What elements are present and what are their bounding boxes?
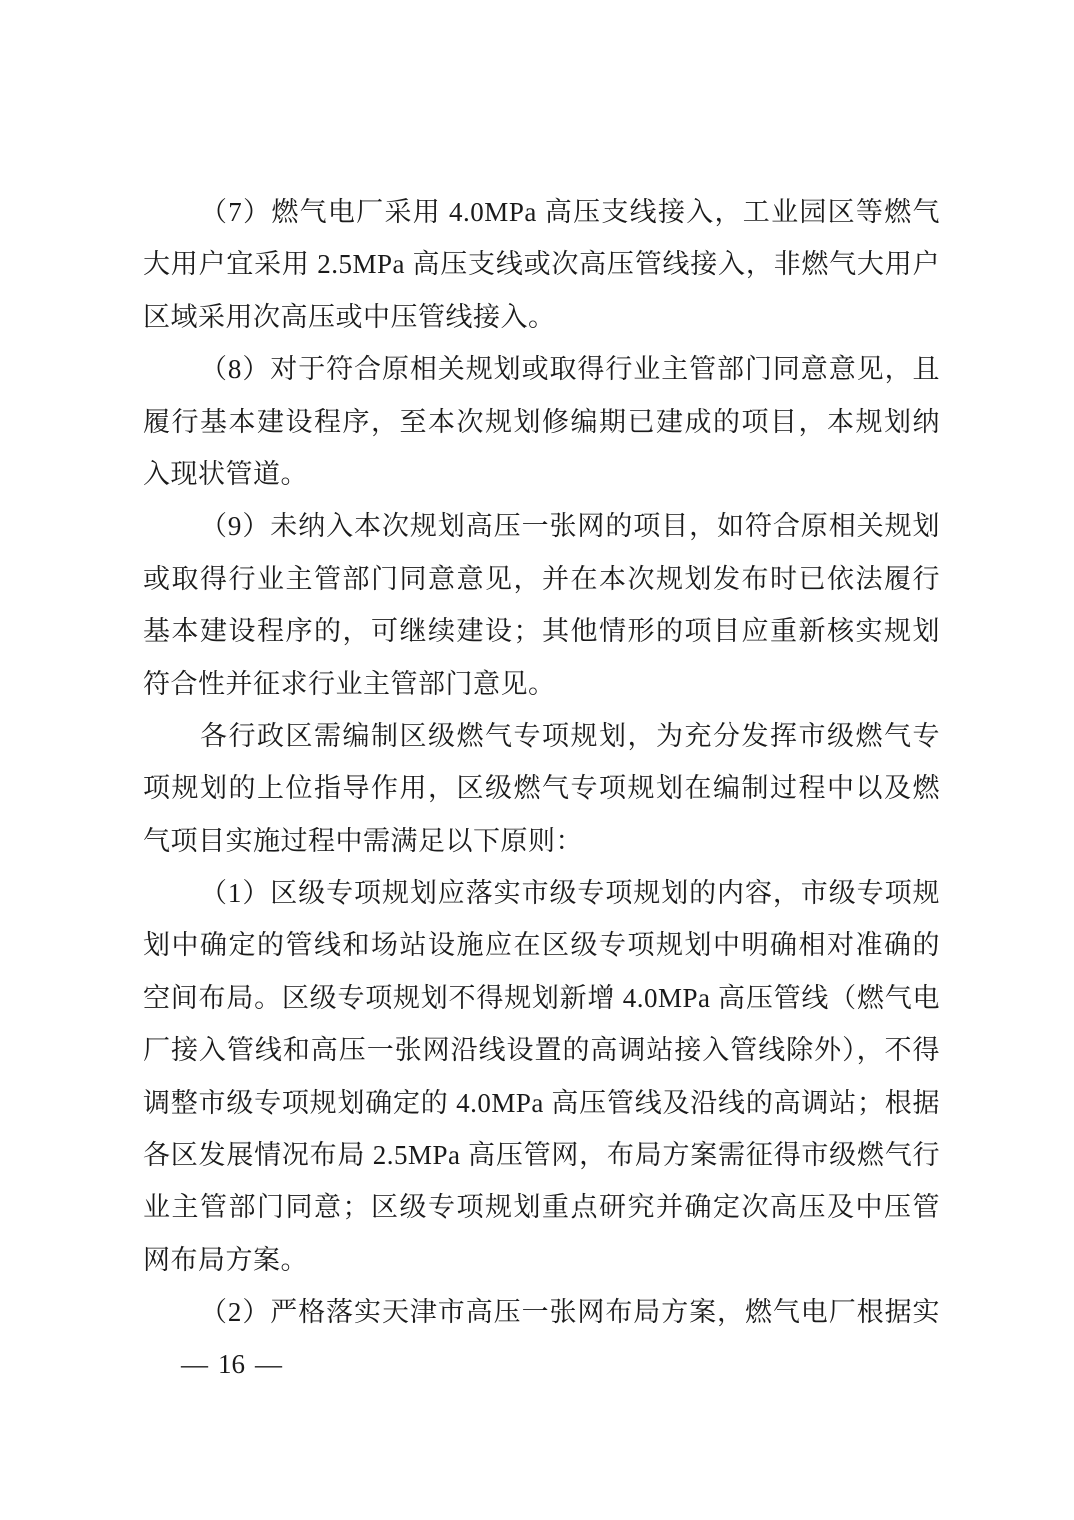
text-line: 网布局方案。 — [143, 1234, 940, 1286]
document-page: （7）燃气电厂采用 4.0MPa 高压支线接入，工业园区等燃气大用户宜采用 2.… — [0, 0, 1074, 1520]
footer-dash-left: — — [181, 1349, 208, 1380]
text-line: 划中确定的管线和场站设施应在区级专项规划中明确相对准确的 — [143, 919, 940, 971]
text-line: 业主管部门同意；区级专项规划重点研究并确定次高压及中压管 — [143, 1181, 940, 1233]
paragraph-principle-2: （2）严格落实天津市高压一张网布局方案，燃气电厂根据实 — [143, 1286, 940, 1338]
page-footer: — 16 — — [181, 1341, 282, 1387]
text-line: （1）区级专项规划应落实市级专项规划的内容，市级专项规 — [143, 867, 940, 919]
text-line: 项规划的上位指导作用，区级燃气专项规划在编制过程中以及燃 — [143, 762, 940, 814]
text-line: 各区发展情况布局 2.5MPa 高压管网，布局方案需征得市级燃气行 — [143, 1129, 940, 1181]
text-line: 入现状管道。 — [143, 448, 940, 500]
text-line: 空间布局。区级专项规划不得规划新增 4.0MPa 高压管线（燃气电 — [143, 972, 940, 1024]
document-body: （7）燃气电厂采用 4.0MPa 高压支线接入，工业园区等燃气大用户宜采用 2.… — [143, 186, 940, 1339]
text-line: （7）燃气电厂采用 4.0MPa 高压支线接入，工业园区等燃气 — [143, 186, 940, 238]
text-line: 履行基本建设程序，至本次规划修编期已建成的项目，本规划纳 — [143, 396, 940, 448]
paragraph-item-8: （8）对于符合原相关规划或取得行业主管部门同意意见，且履行基本建设程序，至本次规… — [143, 343, 940, 500]
paragraph-item-7: （7）燃气电厂采用 4.0MPa 高压支线接入，工业园区等燃气大用户宜采用 2.… — [143, 186, 940, 343]
text-line: 气项目实施过程中需满足以下原则： — [143, 815, 940, 867]
text-line: 或取得行业主管部门同意意见，并在本次规划发布时已依法履行 — [143, 553, 940, 605]
text-line: （9）未纳入本次规划高压一张网的项目，如符合原相关规划 — [143, 500, 940, 552]
text-line: 基本建设程序的，可继续建设；其他情形的项目应重新核实规划 — [143, 605, 940, 657]
paragraph-district-planning-intro: 各行政区需编制区级燃气专项规划，为充分发挥市级燃气专项规划的上位指导作用，区级燃… — [143, 710, 940, 867]
page-number: 16 — [218, 1349, 245, 1380]
text-line: 大用户宜采用 2.5MPa 高压支线或次高压管线接入，非燃气大用户 — [143, 238, 940, 290]
footer-dash-right: — — [255, 1349, 282, 1380]
paragraph-item-9: （9）未纳入本次规划高压一张网的项目，如符合原相关规划或取得行业主管部门同意意见… — [143, 500, 940, 710]
text-line: （2）严格落实天津市高压一张网布局方案，燃气电厂根据实 — [143, 1286, 940, 1338]
text-line: 调整市级专项规划确定的 4.0MPa 高压管线及沿线的高调站；根据 — [143, 1077, 940, 1129]
text-line: 厂接入管线和高压一张网沿线设置的高调站接入管线除外），不得 — [143, 1024, 940, 1076]
text-line: 区域采用次高压或中压管线接入。 — [143, 291, 940, 343]
text-line: 各行政区需编制区级燃气专项规划，为充分发挥市级燃气专 — [143, 710, 940, 762]
paragraph-principle-1: （1）区级专项规划应落实市级专项规划的内容，市级专项规划中确定的管线和场站设施应… — [143, 867, 940, 1286]
text-line: （8）对于符合原相关规划或取得行业主管部门同意意见，且 — [143, 343, 940, 395]
text-line: 符合性并征求行业主管部门意见。 — [143, 658, 940, 710]
